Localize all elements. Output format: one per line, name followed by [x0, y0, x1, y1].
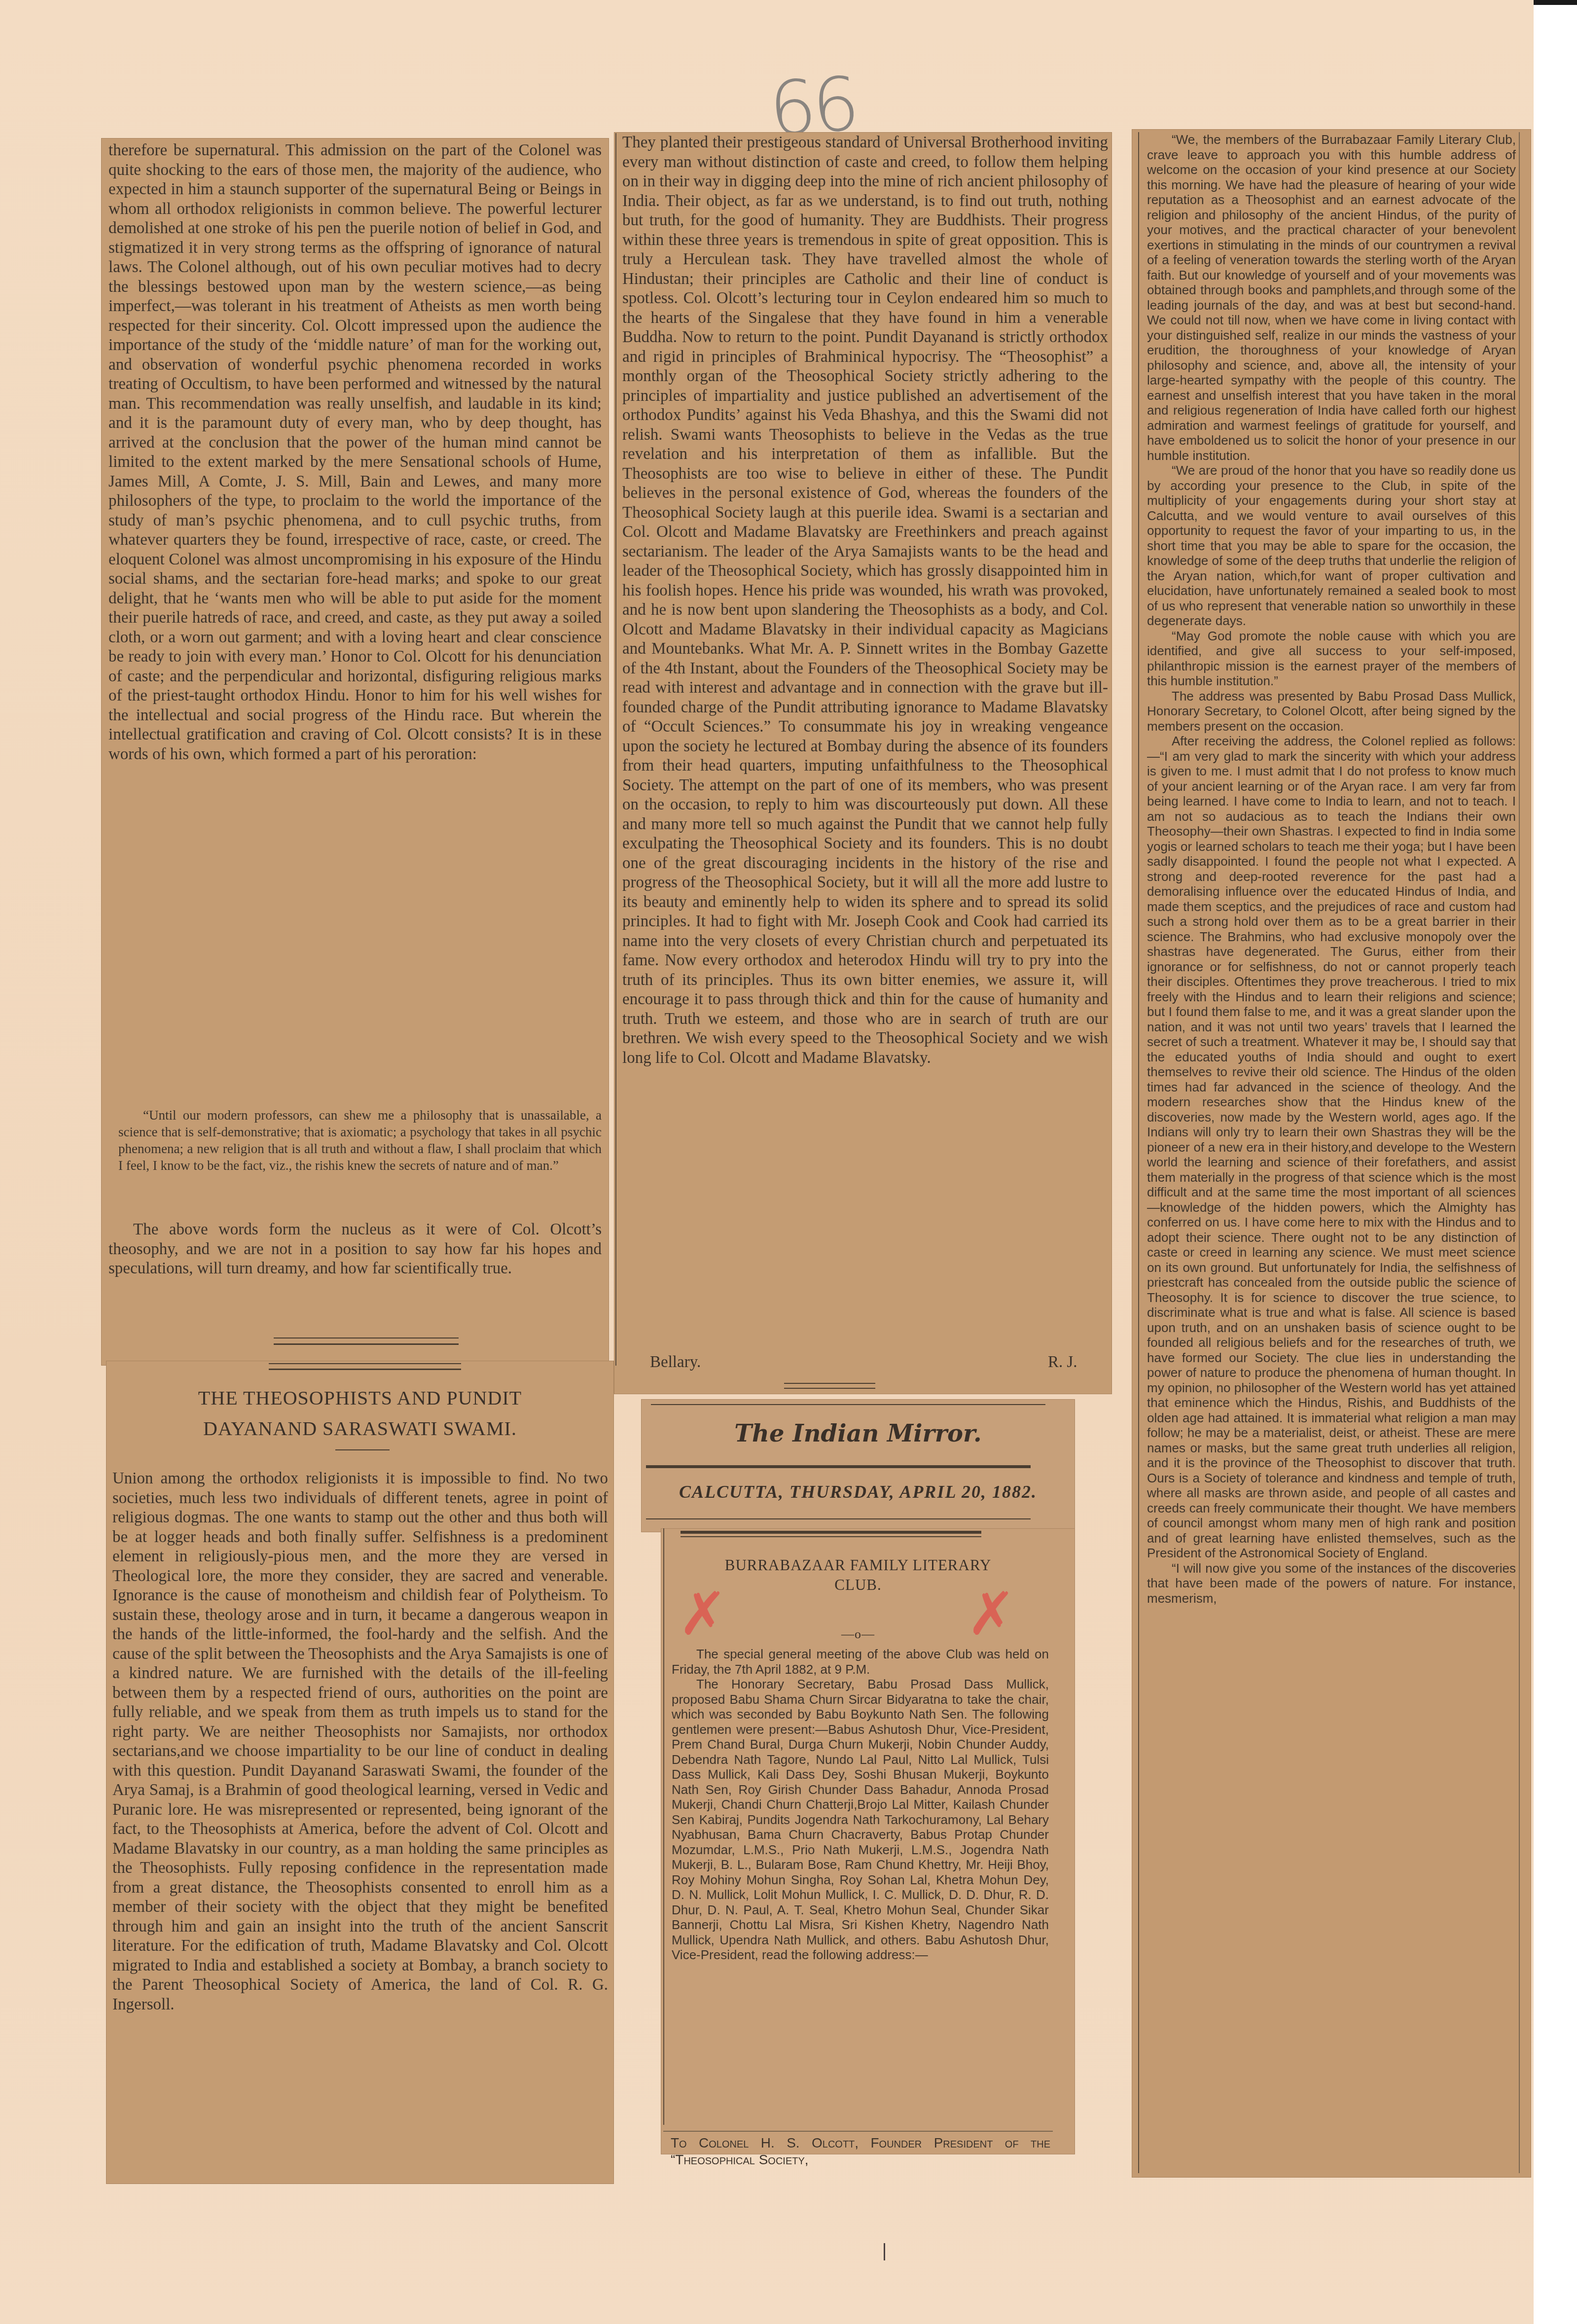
club-article-body: The special general meeting of the above… [672, 1647, 1049, 1963]
separator-rule [274, 1338, 459, 1338]
article-signature: R. J. [1048, 1353, 1077, 1372]
separator-rule [274, 1343, 459, 1345]
article2-paragraph: Union among the orthodox religionists it… [112, 1469, 608, 2014]
address-paragraph-2: “We are proud of the honor that you have… [1147, 463, 1516, 629]
column-divider [615, 133, 616, 1366]
left-article1-paragraph: therefore be supernatural. This admissio… [108, 141, 602, 764]
article-title: THE THEOSOPHISTS AND PUNDIT DAYANAND SAR… [106, 1383, 614, 1444]
masthead-bottom-rule [646, 1518, 1031, 1519]
peroration-quote: “Until our modern professors, can shew m… [118, 1107, 602, 1174]
article-title-line1: THE THEOSOPHISTS AND PUNDIT [106, 1383, 614, 1413]
right-column-body: “We, the members of the Burrabazaar Fami… [1147, 132, 1516, 1606]
club-paragraph-2: The Honorary Secretary, Babu Prosad Dass… [672, 1677, 1049, 1963]
address-heading-text: To Colonel H. S. Olcott, Founder Preside… [671, 2135, 1050, 2168]
article-place: Bellary. [650, 1353, 701, 1372]
separator-rule [269, 1363, 461, 1364]
middle-article-body: They planted their prestigeous standard … [622, 133, 1108, 1068]
column-divider [1138, 132, 1139, 2173]
club-ornament: —o— [663, 1627, 1053, 1642]
address-heading-rule [663, 2131, 1053, 2132]
address-paragraph-1: “We, the members of the Burrabazaar Fami… [1147, 132, 1516, 463]
instances-paragraph: “I will now give you some of the instanc… [1147, 1561, 1516, 1606]
masthead-rule [646, 1465, 1031, 1468]
club-top-rule [681, 1531, 981, 1534]
middle-article-paragraph: They planted their prestigeous standard … [622, 133, 1108, 1068]
article-title-line2: DAYANAND SARASWATI SWAMI. [106, 1413, 614, 1444]
address-heading: To Colonel H. S. Olcott, Founder Preside… [671, 2135, 1050, 2168]
column-divider [663, 1528, 664, 2125]
separator-rule [784, 1383, 875, 1384]
club-paragraph-1: The special general meeting of the above… [672, 1647, 1049, 1677]
separator-rule [784, 1388, 875, 1389]
newspaper-masthead: The Indian Mirror. [641, 1420, 1075, 1447]
left-article1-body: therefore be supernatural. This admissio… [108, 141, 602, 764]
masthead-top-rule [651, 1404, 1045, 1405]
presentation-paragraph: The address was presented by Babu Prosad… [1147, 689, 1516, 734]
left-article1-closing: The above words form the nucleus as it w… [108, 1220, 602, 1279]
masthead-dateline: CALCUTTA, THURSDAY, APRIL 20, 1882. [641, 1481, 1075, 1502]
left-article1-quote: “Until our modern professors, can shew m… [118, 1107, 602, 1174]
address-paragraph-3: “May God promote the noble cause with wh… [1147, 629, 1516, 689]
title-dash [335, 1449, 390, 1450]
pencil-mark [884, 2243, 885, 2260]
colonel-reply-paragraph: After receiving the address, the Colonel… [1147, 734, 1516, 1561]
column-right-border [1519, 132, 1520, 2173]
club-top-rule-thin [681, 1536, 981, 1537]
left-article2-body: Union among the orthodox religionists it… [112, 1469, 608, 2014]
closing-paragraph: The above words form the nucleus as it w… [108, 1220, 602, 1279]
separator-rule [269, 1369, 461, 1370]
club-title-line1: BURRABAZAAR FAMILY LITERARY [663, 1555, 1053, 1575]
